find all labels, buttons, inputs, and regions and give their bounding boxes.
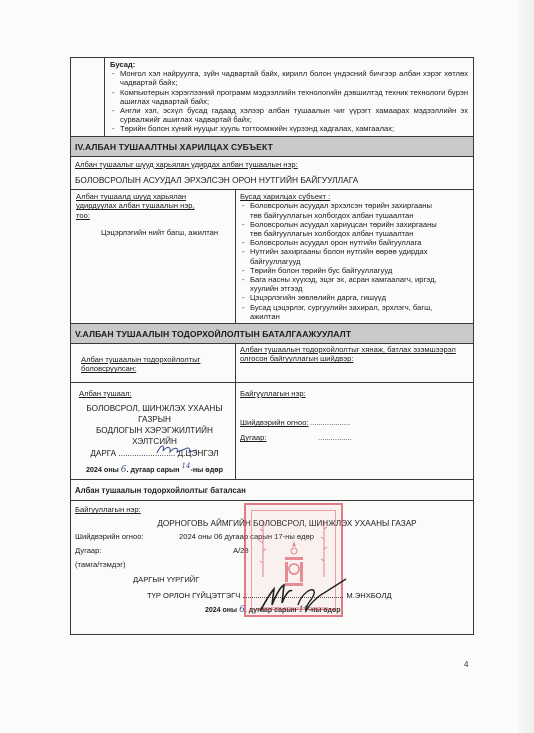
list-item: Цэцэрлэгийн зөвлөлийн дарга, гишүүд xyxy=(240,293,442,302)
list-item: Төрийн болон хүний нууцыг хууль тогтоомж… xyxy=(110,124,468,133)
decision-number-label: Дугаар: xyxy=(240,433,318,442)
verification-labels-row: Албан тушаалын тодорхойлолтыг боловсруул… xyxy=(71,344,474,383)
subordinates-cell: Албан тушаалд шууд харьялан удирдуулах а… xyxy=(71,190,236,324)
list-item: Нутгийн захиргааны болон нутгийн өөрөө у… xyxy=(240,247,442,265)
page-number: 4 xyxy=(464,660,468,669)
other-subjects-label: Бусад харилцах субъект : xyxy=(240,192,468,201)
approval-title-row: Албан тушаалын тодорхойлолтыг баталсан xyxy=(71,480,474,501)
seal-mongol-script-right-icon xyxy=(317,519,331,579)
section-iv-header-row: IV.АЛБАН ТУШААЛТНЫ ХАРИЛЦАХ СУБЪЕКТ xyxy=(71,137,474,157)
prepared-by-details-cell: Албан тушаал: БОЛОВСРОЛ, ШИНЖЛЭХ УХААНЫ … xyxy=(71,383,236,480)
section-v-title: V.АЛБАН ТУШААЛЫН ТОДОРХОЙЛОЛТЫН БАТАЛГАА… xyxy=(71,324,474,344)
date-year: 2024 оны xyxy=(205,607,237,614)
approval-decision-cell: Албан тушаалын тодорхойлолтыг хянаж, бат… xyxy=(236,344,474,383)
other-requirements-heading: Бусад: xyxy=(110,60,468,69)
other-requirements-row: Бусад: Монгол хэл найруулга, зүйн чадвар… xyxy=(71,58,474,137)
list-item: Төрийн болон төрийн бус байгууллагууд xyxy=(240,266,442,275)
list-item: Бага насны хүүхэд, эцэг эх, асран хамгаа… xyxy=(240,275,442,293)
approval-signer-name: М.ЭНХБОЛД xyxy=(346,591,391,600)
title-word: ДАРГА xyxy=(90,449,116,458)
approval-number-label: Дугаар: xyxy=(75,546,233,555)
role-line-2: ТҮР ОРЛОН ГҮЙЦЭТГЭГЧ xyxy=(147,591,240,600)
verification-details-row: Албан тушаал: БОЛОВСРОЛ, ШИНЖЛЭХ УХААНЫ … xyxy=(71,383,474,480)
supervisor-row: Албан тушаалыг шууд харьялан удирдах алб… xyxy=(71,157,474,190)
decision-number-field: Дугаар: ................ xyxy=(240,433,469,442)
handwritten-signature-icon xyxy=(155,443,199,457)
subordinates-label: Албан тушаалд шууд харьялан удирдуулах а… xyxy=(76,192,196,220)
supervisor-value: БОЛОВСРОЛЫН АСУУДАЛ ЭРХЭЛСЭН ОРОН НУТГИЙ… xyxy=(75,175,469,185)
supervisor-cell: Албан тушаалыг шууд харьялан удирдах алб… xyxy=(71,157,474,190)
date-month-suffix: . дугаар сарын xyxy=(127,465,180,474)
decision-date-field: Шийдвэрийн огноо: ................... xyxy=(240,418,469,427)
decision-date-value: ................... xyxy=(310,418,350,427)
section-v-header-row: V.АЛБАН ТУШААЛЫН ТОДОРХОЙЛОЛТЫН БАТАЛГАА… xyxy=(71,324,474,344)
other-requirements-cell: Бусад: Монгол хэл найруулга, зүйн чадвар… xyxy=(105,58,474,137)
prepared-date: 2024 оны 6. дугаар сарын 14-ны өдөр xyxy=(79,462,230,475)
section-iv-title: IV.АЛБАН ТУШААЛТНЫ ХАРИЛЦАХ СУБЪЕКТ xyxy=(71,137,474,157)
subordinates-value: Цэцэрлэгийн нийт багш, ажилтан xyxy=(101,228,230,237)
supervisor-label: Албан тушаалыг шууд харьялан удирдах алб… xyxy=(75,160,469,169)
seal-mongol-script-left-icon xyxy=(256,519,270,579)
date-day-suffix: -ны өдөр xyxy=(190,465,223,474)
list-item: Боловсролын асуудал орон нутгийн байгуул… xyxy=(240,238,442,247)
list-item: Монгол хэл найруулга, зүйн чадвартай бай… xyxy=(110,69,468,87)
decision-date-label: Шийдвэрийн огноо: xyxy=(240,418,310,427)
list-item: Боловсролын асуудал хариуцсан төрийн зах… xyxy=(240,220,442,238)
other-requirements-list: Монгол хэл найруулга, зүйн чадвартай бай… xyxy=(110,69,468,133)
approval-date-label: Шийдвэрийн огноо: xyxy=(75,532,179,541)
prepared-by-cell: Албан тушаалын тодорхойлолтыг боловсруул… xyxy=(71,344,236,383)
approval-decision-details-cell: Байгууллагын нэр: Шийдвэрийн огноо: ....… xyxy=(236,383,474,480)
position-line: БОЛОВСРОЛ, ШИНЖЛЭХ УХААНЫ ГАЗРЫН xyxy=(79,403,230,425)
decision-number-value: ................ xyxy=(318,433,352,442)
approval-decision-label: Албан тушаалын тодорхойлолтыг хянаж, бат… xyxy=(240,345,469,363)
approval-handwritten-signature-icon xyxy=(258,575,348,615)
date-year: 2024 оны xyxy=(86,465,119,474)
other-subjects-list: Боловсролын асуудал эрхэлсэн төрийн захи… xyxy=(240,201,468,321)
list-item: Боловсролын асуудал эрхэлсэн төрийн захи… xyxy=(240,201,442,219)
subjects-row: Албан тушаалд шууд харьялан удирдуулах а… xyxy=(71,190,474,324)
other-subjects-cell: Бусад харилцах субъект : Боловсролын асу… xyxy=(236,190,474,324)
list-item: Англи хэл, эсхүл бусад гадаад хэлээр алб… xyxy=(110,106,468,124)
page-edge-shadow xyxy=(518,0,534,733)
prepared-by-label: Албан тушаалын тодорхойлолтыг боловсруул… xyxy=(81,355,201,373)
org-name-label: Байгууллагын нэр: xyxy=(240,389,469,398)
approval-title: Албан тушаалын тодорхойлолтыг баталсан xyxy=(71,480,474,501)
list-item: Компьютерын хэрэглээний программ мэдээлл… xyxy=(110,88,468,106)
position-label: Албан тушаал: xyxy=(79,389,230,398)
list-item: Бусад цэцэрлэг, сургуулийн захирал, эрхл… xyxy=(240,303,442,321)
signer-line: ДАРГА ......................... Д.ЦЭНГЭЛ xyxy=(79,447,230,460)
empty-label-cell xyxy=(71,58,105,137)
